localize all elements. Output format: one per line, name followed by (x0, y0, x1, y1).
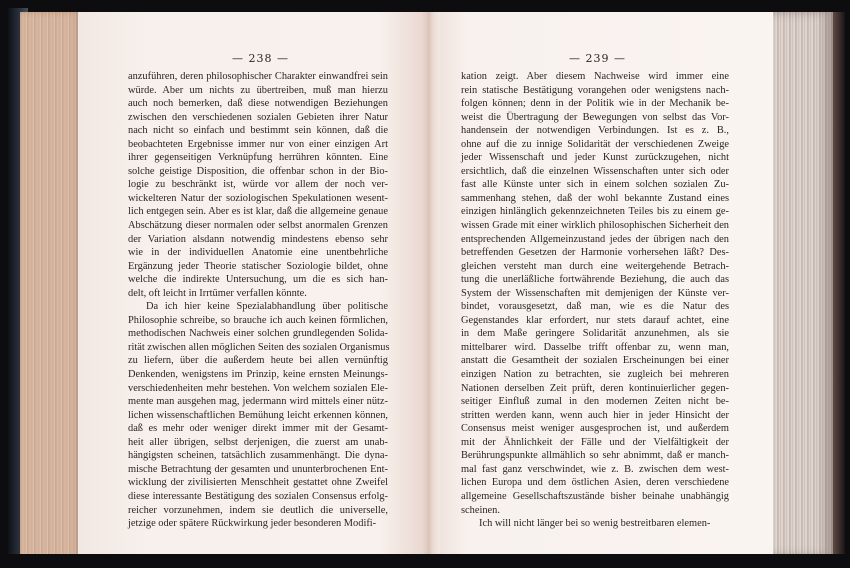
text-line: mittelbarer wird. Dasselbe trifft offenb… (461, 341, 729, 355)
photo-background: — 238 — — 239 — anzuführen, deren philos… (0, 0, 850, 568)
right-page-body: kation zeigt. Aber diesem Nachweise wird… (461, 70, 729, 531)
text-line: lichen wissenschaftlichen Bemühung leich… (128, 409, 388, 423)
text-line: zwischen den verschiedenen sozialen Gebi… (128, 111, 388, 125)
book-cover-right (833, 12, 845, 560)
text-line: mente man ausgehen mag, jedermann wird m… (128, 395, 388, 409)
text-line: System der Wissenschaften mit demjenigen… (461, 287, 729, 301)
text-line: rein statische Bestätigung vorangehen od… (461, 84, 729, 98)
text-line: daß es mehr oder weniger direkt immer mi… (128, 422, 388, 436)
text-line: jetzige oder spätere Rückwirkung jeder b… (128, 517, 388, 531)
bottom-shadow (0, 554, 850, 568)
text-line: mal fast ganz verschwindet, wie z. B. zw… (461, 463, 729, 477)
text-line: gleichen versteht man durch eine weiterg… (461, 260, 729, 274)
text-line: hängigsten scheinen, tatsächlich zusamme… (128, 449, 388, 463)
text-line: nach nicht so einfach und bestimmt sein … (128, 124, 388, 138)
text-line: zu liefern, über die außerdem heute bei … (128, 354, 388, 368)
text-line: würde. Aber um nichts zu übertreiben, mu… (128, 84, 388, 98)
text-line: kation zeigt. Aber diesem Nachweise wird… (461, 70, 729, 84)
text-line: wissen Grade mit einer wirklich philosop… (461, 219, 729, 233)
text-line: wie in der individuellen Anatomie eine u… (128, 246, 388, 260)
text-line: lichen Europa und dem östlichen Asien, d… (461, 476, 729, 490)
text-line: wicklung der zivilisierten Menschheit ge… (128, 476, 388, 490)
page-edges-left (20, 12, 80, 560)
text-line: beobachteten Ergebnisse immer nur von ei… (128, 138, 388, 152)
text-line: verschiedenheiten mehr bestehen. Von wel… (128, 382, 388, 396)
text-line: Consensus meist weniger ausgesprochen is… (461, 422, 729, 436)
text-line: Berührungspunkte allmählich so sehr abni… (461, 449, 729, 463)
text-line: in dem Maße geringere Solidarität anzune… (461, 327, 729, 341)
text-line: betreffenden Gesetzen der Harmonie vorhe… (461, 246, 729, 260)
text-line: ihrer gegenseitigen Verknüpfung herrühre… (128, 151, 388, 165)
text-line: reicher vorzunehmen, indem sie deutlich … (128, 504, 388, 518)
text-line: heit aller übrigen, selbst derjenigen, d… (128, 436, 388, 450)
right-page-number: — 239 — (569, 52, 626, 65)
text-line: seitiger Einfluß zumal in den modernen Z… (461, 395, 729, 409)
text-line: mische Betrachtung der gesamten und unun… (128, 463, 388, 477)
text-line: diese interessante Bestätigung des sozia… (128, 490, 388, 504)
text-line: mit der Ähnlichkeit der Fälle und der Vi… (461, 436, 729, 450)
text-line: delt, oft leicht in Irrtümer verfallen k… (128, 287, 388, 301)
text-line: logie zu beschränkt ist, würde vor allem… (128, 178, 388, 192)
left-page-number: — 238 — (232, 52, 289, 65)
text-line: jeder Wissenschaft und jeder Kunst zurüc… (461, 151, 729, 165)
text-line: Ergänzung jeder Theorie statischer Sozio… (128, 260, 388, 274)
text-line: tung die unerläßliche fortwährende Bezie… (461, 273, 729, 287)
text-line: entsprechenden Allgemeinzustand jedes de… (461, 233, 729, 247)
text-line: solche geistige Disposition, die offenba… (128, 165, 388, 179)
text-line: methodischen Nachweis einer solchen grun… (128, 327, 388, 341)
text-line: rität zwischen allen möglichen Seiten de… (128, 341, 388, 355)
text-line: anzuführen, deren philosophischer Charak… (128, 70, 388, 84)
text-line: ohne auf die zu innige Solidarität der v… (461, 138, 729, 152)
text-line: Da ich hier keine Spezialabhandlung über… (128, 300, 388, 314)
text-line: Gegenstandes klar erfordert, nur stets d… (461, 314, 729, 328)
text-line: weist die Übertragung der Bewegungen von… (461, 111, 729, 125)
text-line: Abschätzung dieser normalen oder selbst … (128, 219, 388, 233)
text-line: welche die indirekte Untersuchung, um di… (128, 273, 388, 287)
text-line: wickelteren Natur der soziologischen Spe… (128, 192, 388, 206)
text-line: einzigen hinlänglich gekennzeichneten Te… (461, 205, 729, 219)
text-line: Philosophie schreibe, so brauche ich auc… (128, 314, 388, 328)
text-line: bindet, vorausgesetzt, daß man, wie es d… (461, 300, 729, 314)
text-line: lich entgegen sein. Aber es ist klar, da… (128, 205, 388, 219)
left-page-body: anzuführen, deren philosophischer Charak… (128, 70, 388, 531)
text-line: fast alle Künste unter sich in einem sol… (461, 178, 729, 192)
text-line: ersichtlich, daß die einzelnen Wissensch… (461, 165, 729, 179)
text-line: der Variation alsdann notwendig mindeste… (128, 233, 388, 247)
text-line: Ich will nicht länger bei so wenig bestr… (461, 517, 729, 531)
text-line: Denkenden, wenigstens im Prinzip, keine … (128, 368, 388, 382)
page-edges-right (773, 12, 833, 556)
text-line: folgen können; denn in der Politik wie i… (461, 97, 729, 111)
text-line: allgemeine Gesellschaftszustände bisher … (461, 490, 729, 504)
text-line: handensein der notwendigen Verbindungen.… (461, 124, 729, 138)
text-line: stritten werden kann, wenn auch hier in … (461, 409, 729, 423)
text-line: Nationen derselben Zeit prüft, deren kon… (461, 382, 729, 396)
text-line: sammenhang stehen, daß der wohl bekannte… (461, 192, 729, 206)
text-line: einzigen Nation zu betrachten, sie zugle… (461, 368, 729, 382)
text-line: scheinen. (461, 504, 729, 518)
text-line: anstatt die Gesamtheit der sozialen Ersc… (461, 354, 729, 368)
text-line: auch noch bemerken, daß diese notwendige… (128, 97, 388, 111)
